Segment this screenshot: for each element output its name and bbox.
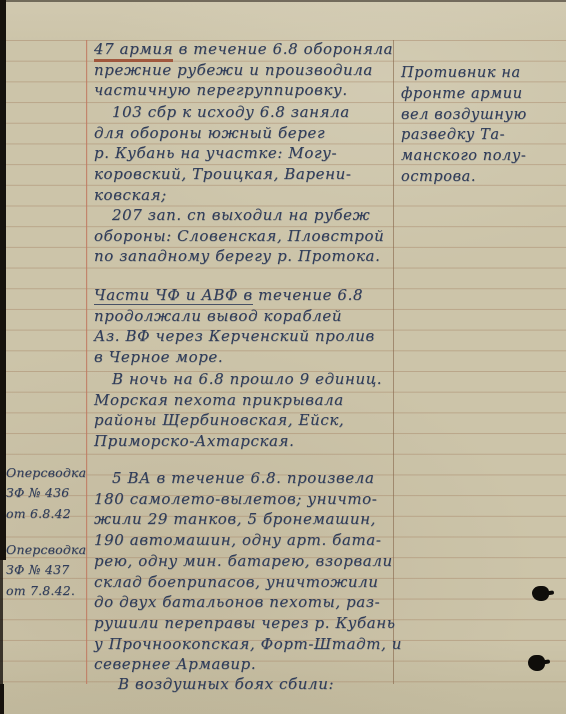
red-underlined-heading: 47 армия — [94, 40, 173, 62]
paragraph-103-sbr: 103 сбр к исходу 6.8 заняла для обороны … — [94, 102, 394, 206]
ink-spot-icon — [528, 655, 545, 671]
paragraph-5va: 5 ВА в течение 6.8. произвела 180 самоле… — [94, 468, 394, 675]
paragraph-47-army: 47 армия в течение 6.8 обороняла прежние… — [94, 39, 394, 101]
scan-edge-bottom-left — [0, 684, 4, 714]
scanned-document-page: 47 армия в течение 6.8 обороняла прежние… — [0, 0, 566, 714]
scan-edge-top — [0, 0, 566, 2]
scan-edge-left-lower — [0, 555, 3, 685]
paragraph-air-battles: В воздушных боях сбили: — [94, 674, 394, 695]
margin-note-opersvodka-436: Оперсводка ЗФ № 436 от 6.8.42 — [6, 463, 90, 524]
margin-note-opersvodka-437: Оперсводка ЗФ № 437 от 7.8.42. — [6, 540, 90, 601]
blue-underlined-heading: Части ЧФ и АВФ в — [94, 286, 253, 305]
paragraph-207-zap-sp: 207 зап. сп выходил на рубеж обороны: Сл… — [94, 205, 394, 267]
paragraph-fleet: Части ЧФ и АВФ в течение 6.8 продолжали … — [94, 285, 394, 368]
side-note-enemy-recon: Противник на фронте армии вел воздушную … — [401, 63, 561, 188]
ink-spot-icon — [532, 586, 549, 601]
paragraph-night-crossing: В ночь на 6.8 прошло 9 единиц. Морская п… — [94, 369, 394, 452]
